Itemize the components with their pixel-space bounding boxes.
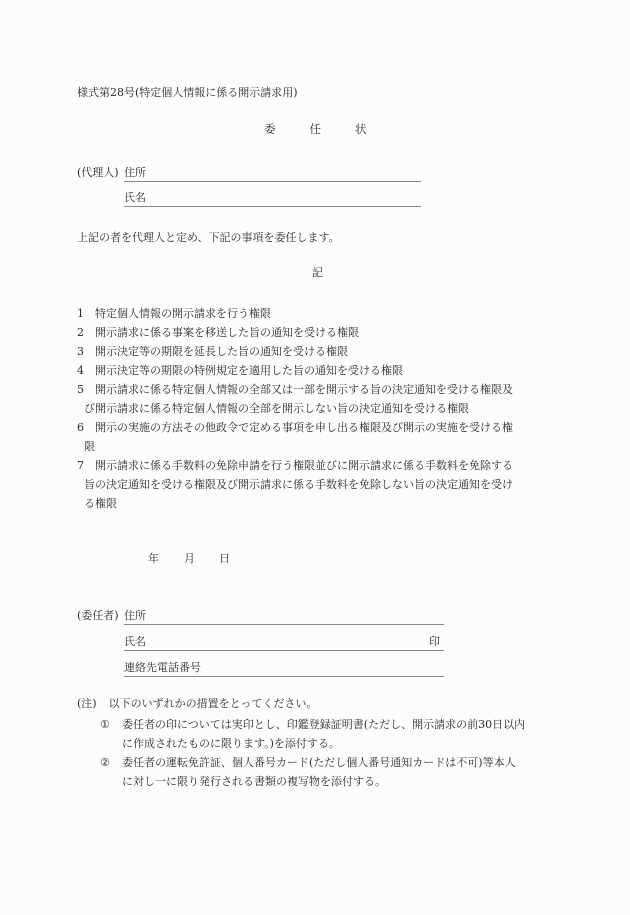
document-title: 委任状 bbox=[264, 122, 367, 136]
proxy-name-label: 氏名 bbox=[124, 191, 146, 205]
principal-phone-label: 連絡先電話番号 bbox=[124, 661, 201, 675]
authority-item: 4開示決定等の期限の特例規定を適用した旨の通知を受ける権限 bbox=[77, 361, 567, 380]
delegation-statement: 上記の者を代理人と定め、下記の事項を委任します。 bbox=[77, 231, 340, 245]
date-month-label: 月 bbox=[184, 552, 195, 566]
note-item: ②委任者の運転免許証、個人番号カード(ただし個人番号通知カードは不可)等本人に対… bbox=[100, 753, 570, 791]
authority-item: 1特定個人情報の開示請求を行う権限 bbox=[77, 304, 567, 323]
proxy-role-label: (代理人) bbox=[77, 166, 119, 180]
form-number: 様式第28号(特定個人情報に係る開示請求用) bbox=[77, 86, 298, 100]
principal-address-label: 住所 bbox=[124, 609, 146, 623]
principal-role-label: (委任者) bbox=[77, 609, 119, 623]
note-intro: 以下のいずれかの措置をとってください。 bbox=[109, 697, 318, 710]
title-char: 委 bbox=[264, 122, 276, 136]
note-heading: (注)以下のいずれかの措置をとってください。 bbox=[77, 697, 317, 711]
date-day-label: 日 bbox=[219, 552, 230, 566]
authority-item: 7開示請求に係る手数料の免除申請を行う権限並びに開示請求に係る手数料を免除する旨… bbox=[77, 456, 567, 513]
note-label: (注) bbox=[77, 697, 97, 710]
principal-address-underline bbox=[124, 624, 444, 626]
principal-phone-underline bbox=[124, 676, 444, 678]
principal-phone-field[interactable]: 連絡先電話番号 bbox=[124, 661, 444, 677]
principal-name-field[interactable]: 氏名 印 bbox=[124, 635, 444, 651]
proxy-name-field[interactable]: 氏名 bbox=[124, 191, 421, 207]
principal-address-field[interactable]: 住所 bbox=[124, 609, 444, 625]
proxy-address-underline bbox=[124, 181, 421, 183]
authority-item: 5開示請求に係る特定個人情報の全部又は一部を開示する旨の決定通知を受ける権限及び… bbox=[77, 380, 567, 418]
proxy-address-field[interactable]: 住所 bbox=[124, 166, 421, 182]
proxy-name-underline bbox=[124, 206, 421, 208]
seal-mark: 印 bbox=[429, 635, 440, 649]
authority-item: 6開示の実施の方法その他政令で定める事項を申し出る権限及び開示の実施を受ける権限 bbox=[77, 418, 567, 456]
authority-item: 2開示請求に係る事案を移送した旨の通知を受ける権限 bbox=[77, 323, 567, 342]
authority-list: 1特定個人情報の開示請求を行う権限 2開示請求に係る事案を移送した旨の通知を受け… bbox=[77, 304, 567, 513]
note-item: ①委任者の印については実印とし、印鑑登録証明書(ただし、開示請求の前30日以内に… bbox=[100, 715, 570, 753]
authority-item: 3開示決定等の期限を延長した旨の通知を受ける権限 bbox=[77, 342, 567, 361]
title-char: 状 bbox=[355, 122, 367, 136]
principal-name-label: 氏名 bbox=[124, 635, 146, 649]
date-year-label: 年 bbox=[148, 552, 159, 566]
proxy-address-label: 住所 bbox=[124, 166, 146, 180]
title-char: 任 bbox=[310, 122, 322, 136]
principal-name-underline bbox=[124, 650, 444, 652]
ki-heading: 記 bbox=[312, 266, 323, 280]
note-list: ①委任者の印については実印とし、印鑑登録証明書(ただし、開示請求の前30日以内に… bbox=[100, 715, 570, 791]
